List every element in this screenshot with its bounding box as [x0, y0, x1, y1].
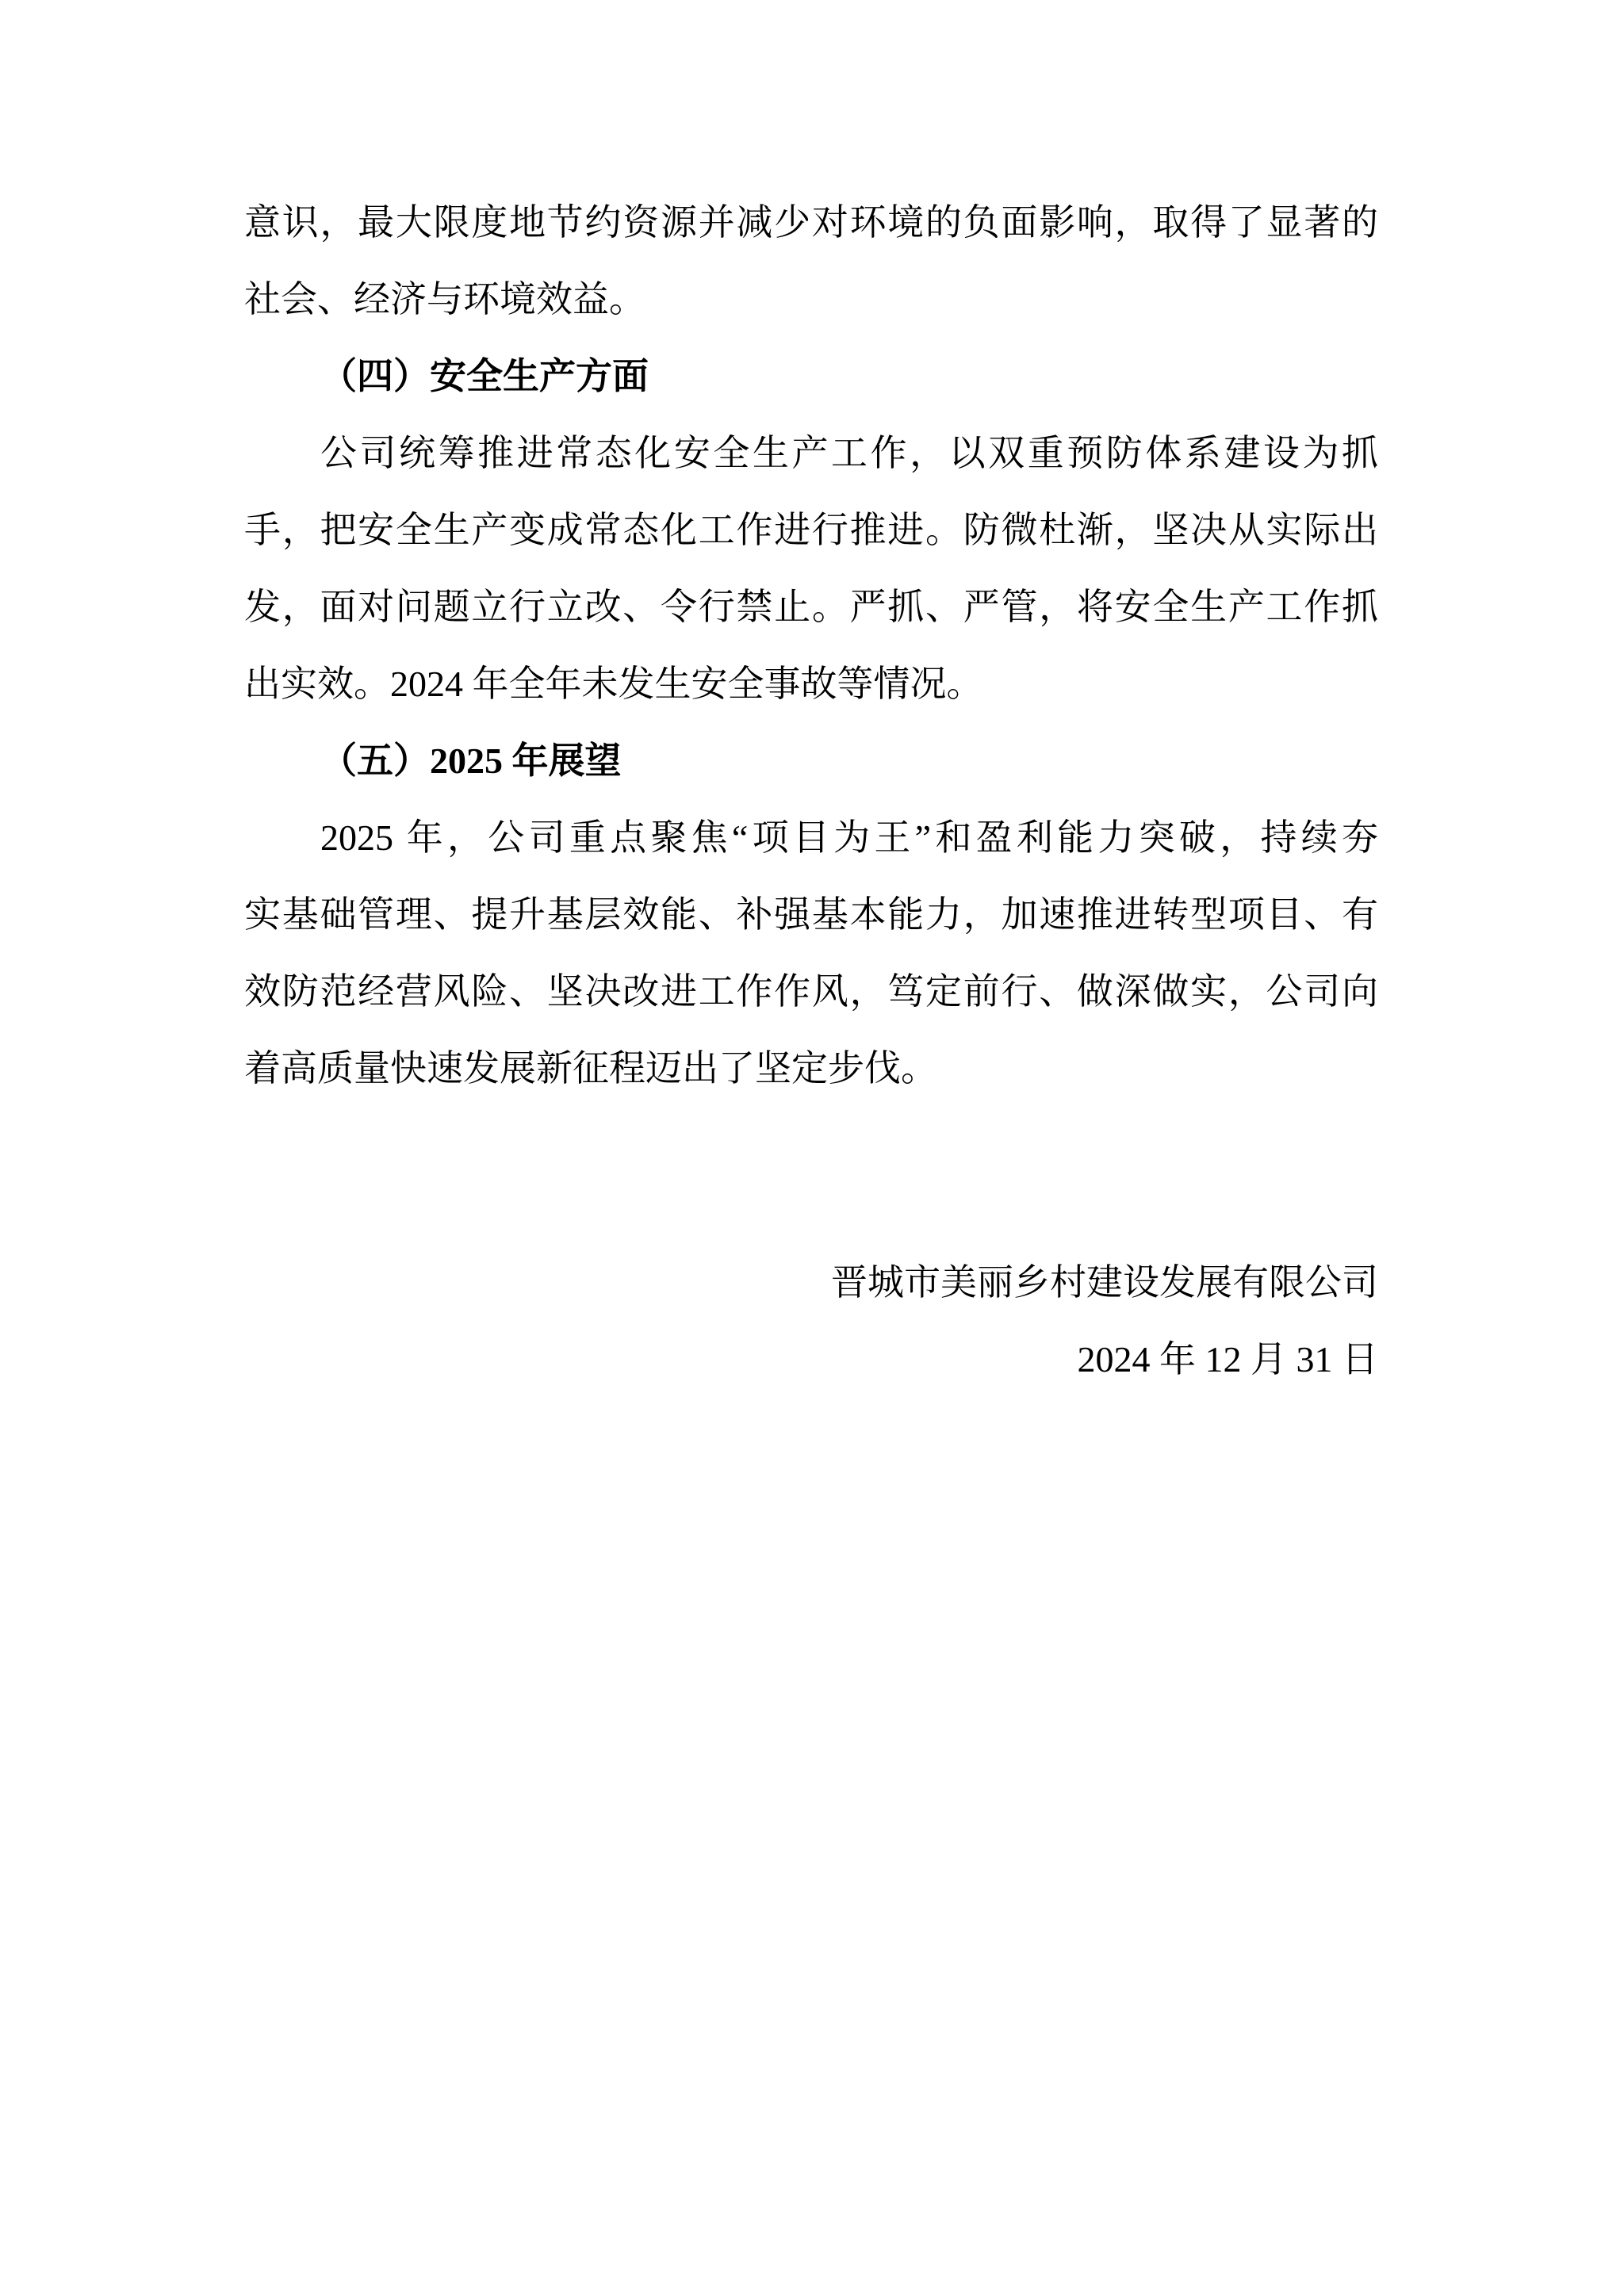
section-heading-4: （四）安全生产方面 — [244, 338, 1378, 415]
body-line: 公司统筹推进常态化安全生产工作，以双重预防体系建设为抓 — [244, 415, 1378, 492]
body-line: 实基础管理、提升基层效能、补强基本能力，加速推进转型项目、有 — [244, 876, 1378, 953]
body-line: 手，把安全生产变成常态化工作进行推进。防微杜渐，坚决从实际出 — [244, 492, 1378, 568]
body-line: 发，面对问题立行立改、令行禁止。严抓、严管，将安全生产工作抓 — [244, 568, 1378, 645]
body-line: 2025 年，公司重点聚焦“项目为王”和盈利能力突破，持续夯 — [244, 799, 1378, 876]
section-heading-5: （五）2025 年展望 — [244, 722, 1378, 799]
body-line: 着高质量快速发展新征程迈出了坚定步伐。 — [244, 1030, 1378, 1107]
document-page: 意识，最大限度地节约资源并减少对环境的负面影响，取得了显著的 社会、经济与环境效… — [0, 0, 1624, 2296]
body-line: 效防范经营风险、坚决改进工作作风，笃定前行、做深做实，公司向 — [244, 953, 1378, 1030]
signature-date: 2024 年 12 月 31 日 — [244, 1321, 1575, 1398]
signature-spacer — [244, 1107, 1378, 1244]
signature-company: 晋城市美丽乡村建设发展有限公司 — [244, 1244, 1473, 1321]
document-body: 意识，最大限度地节约资源并减少对环境的负面影响，取得了显著的 社会、经济与环境效… — [244, 184, 1378, 1398]
body-line: 社会、经济与环境效益。 — [244, 261, 1378, 338]
body-line: 出实效。2024 年全年未发生安全事故等情况。 — [244, 645, 1378, 722]
body-line: 意识，最大限度地节约资源并减少对环境的负面影响，取得了显著的 — [244, 184, 1378, 261]
